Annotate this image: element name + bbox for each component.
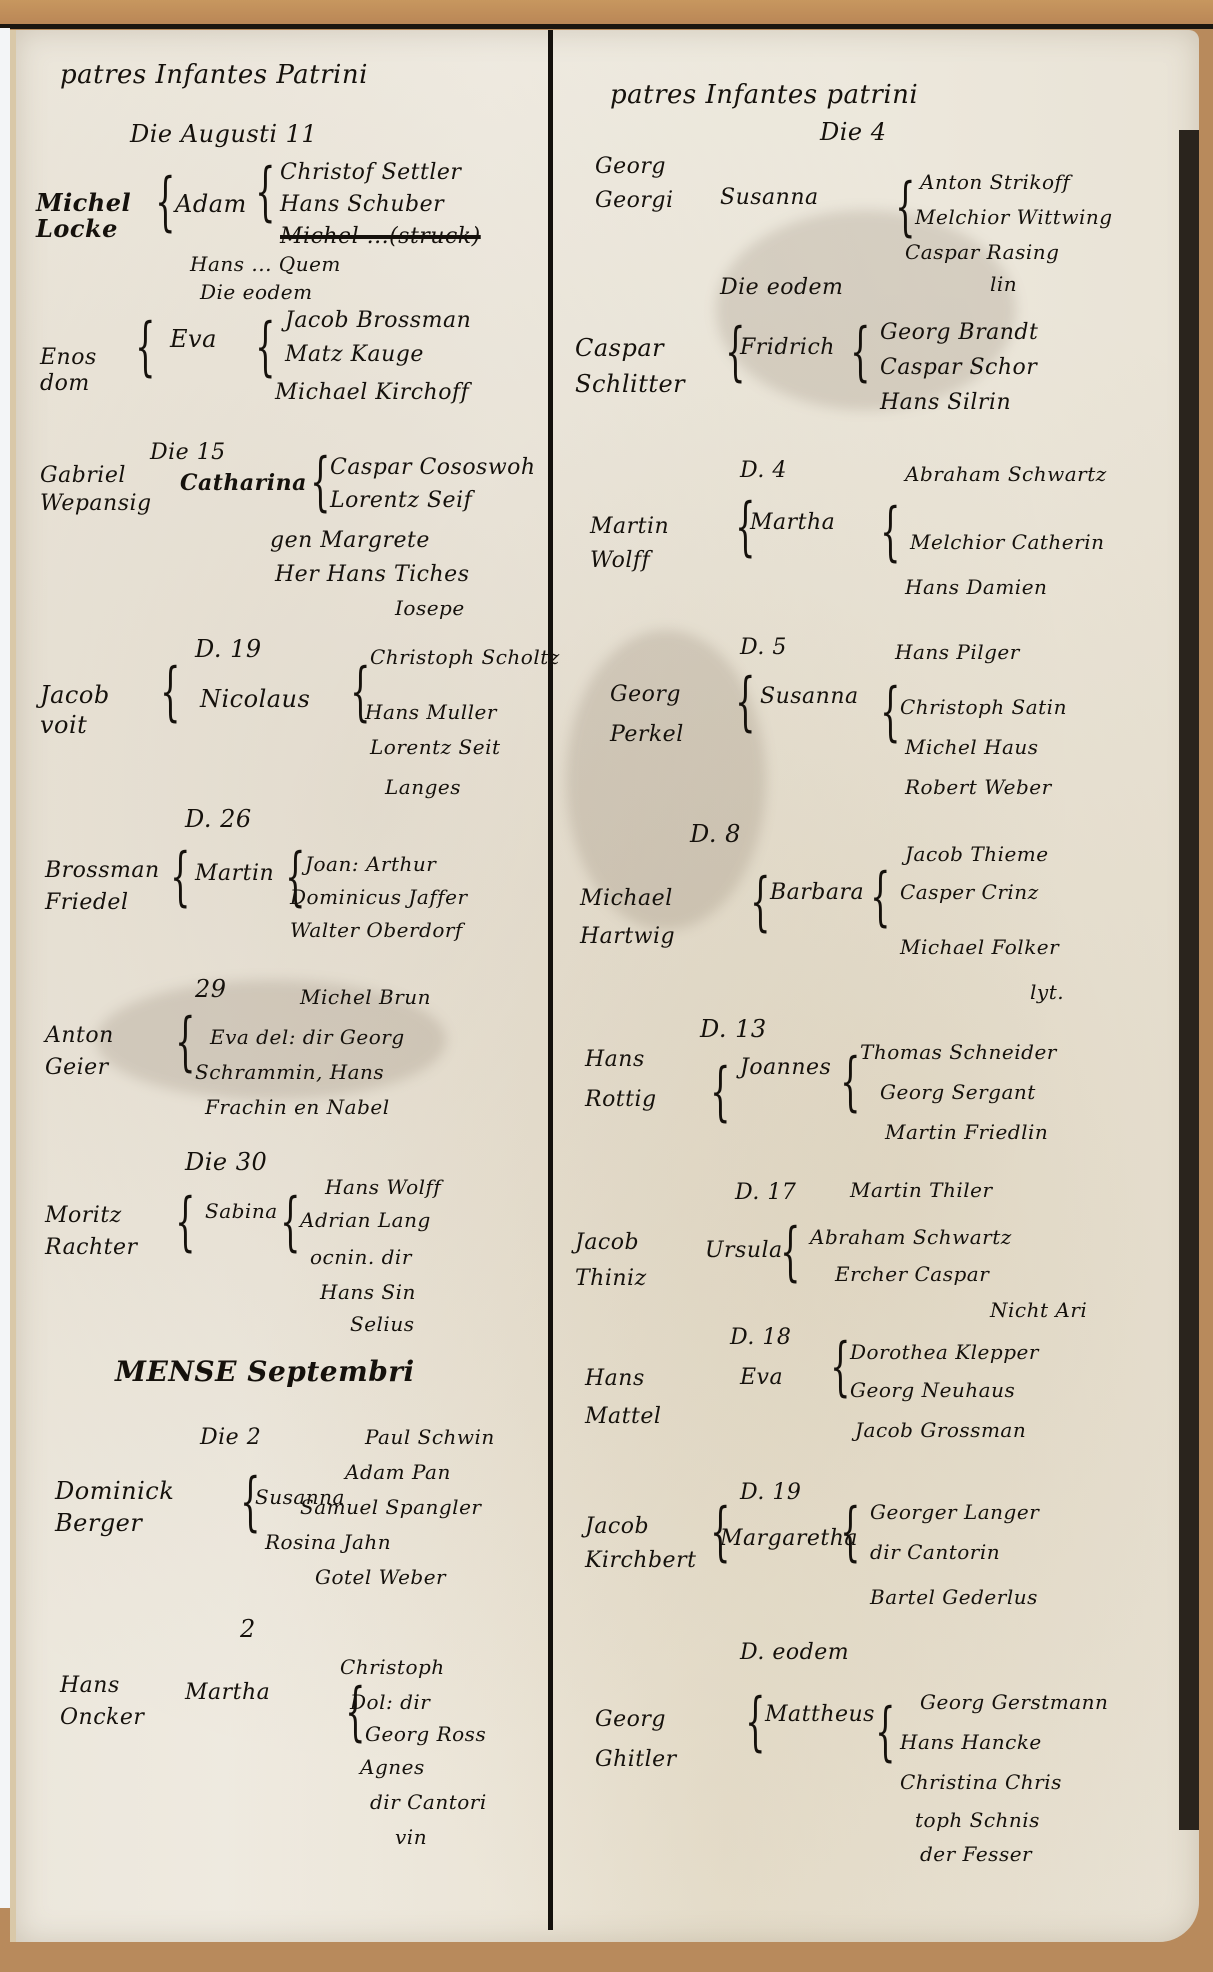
- entry-child: Ursula: [705, 1235, 745, 1267]
- godparent: Caspar Schor: [880, 355, 1037, 380]
- godparent: Thomas Schneider: [860, 1040, 1057, 1064]
- entry-child: Eva: [740, 1365, 783, 1390]
- entry-date: 29: [195, 975, 227, 1003]
- entry-father: Brossman Friedel: [45, 855, 140, 919]
- entry-date: Die eodem: [200, 280, 313, 304]
- godparent: Langes: [385, 775, 461, 799]
- column-header: patres Infantes Patrini: [60, 60, 368, 90]
- manuscript-page: [10, 30, 1199, 1942]
- godparent: Hans Muller: [365, 700, 497, 724]
- godparent: Agnes: [360, 1755, 425, 1779]
- godparent: lyt.: [1030, 980, 1064, 1004]
- brace-icon: {: [160, 660, 180, 724]
- entry-date: D. 13: [700, 1015, 767, 1043]
- godparent: Robert Weber: [905, 775, 1052, 799]
- godparent: Georg Sergant: [880, 1080, 1036, 1104]
- godparent: Michel Brun: [300, 985, 431, 1009]
- entry-date: 2: [240, 1615, 256, 1643]
- entry-father: Georg Ghitler: [595, 1700, 675, 1780]
- entry-child: Susanna: [720, 185, 819, 210]
- entry-child: Catharina: [180, 470, 307, 496]
- brace-icon: {: [745, 1690, 765, 1754]
- entry-date: D. 17: [735, 1180, 796, 1205]
- godparent: Dorothea Klepper: [850, 1340, 1039, 1364]
- entry-father: Dominick Berger: [55, 1475, 165, 1539]
- godparent: Georg Ross: [365, 1722, 486, 1746]
- entry-date: D. 19: [740, 1480, 801, 1505]
- entry-date: Die 2: [200, 1425, 261, 1450]
- brace-icon: {: [735, 670, 755, 734]
- godparent: Hans Damien: [905, 575, 1047, 599]
- entry-child: Margaretha: [720, 1525, 790, 1553]
- scan-margin: [0, 28, 10, 1908]
- entry-child: Fridrich: [740, 335, 835, 360]
- godparent: Hans Hancke: [900, 1730, 1042, 1754]
- godparent: Melchior Catherin: [910, 530, 1104, 554]
- brace-icon: {: [880, 500, 900, 564]
- entry-date: D. 19: [195, 635, 262, 663]
- brace-icon: {: [170, 845, 190, 909]
- brace-icon: {: [780, 1220, 800, 1284]
- godparent: Schrammin, Hans: [195, 1060, 384, 1084]
- entry-child: Joannes: [740, 1055, 831, 1080]
- godparent: Lorentz Seit: [370, 735, 501, 759]
- godparent: lin: [990, 272, 1017, 296]
- godparent: Adrian Lang: [300, 1208, 431, 1232]
- entry-father: Hans Mattel: [585, 1360, 665, 1436]
- godparent: Casper Crinz: [900, 880, 1039, 904]
- godparent: Rosina Jahn: [265, 1530, 391, 1554]
- godparent: Ercher Caspar: [835, 1262, 989, 1286]
- godparent: Michael Kirchoff: [275, 380, 469, 405]
- brace-icon: {: [840, 1500, 860, 1564]
- brace-icon: {: [895, 175, 915, 239]
- godparent: Jacob Grossman: [855, 1418, 1026, 1442]
- entry-date: D. eodem: [740, 1640, 849, 1665]
- entry-father: Michael Hartwig: [580, 880, 680, 956]
- godparent: dir Cantori: [370, 1790, 487, 1814]
- entry-father: Caspar Schlitter: [575, 330, 675, 402]
- godparent: Martin Thiler: [850, 1178, 993, 1202]
- brace-icon: {: [880, 680, 900, 744]
- godparent: vin: [395, 1825, 427, 1849]
- godparent: Georg Neuhaus: [850, 1378, 1015, 1402]
- entry-father: Hans Oncker: [60, 1670, 130, 1734]
- entry-father: Michel Locke: [36, 190, 116, 242]
- brace-icon: {: [840, 1050, 860, 1114]
- godparent: Caspar Rasing: [905, 240, 1059, 264]
- godparent: Samuel Spangler: [300, 1495, 481, 1519]
- brace-icon: {: [710, 1060, 730, 1124]
- godparent: Bartel Gederlus: [870, 1585, 1038, 1609]
- brace-icon: {: [750, 870, 770, 934]
- godparent: Caspar Cososwoh: [330, 455, 536, 480]
- entry-child: Mattheus: [765, 1700, 825, 1730]
- godparent: toph Schnis: [915, 1808, 1040, 1832]
- godparent: Joan: Arthur: [305, 852, 436, 876]
- godparent: Dominicus Jaffer: [290, 885, 468, 909]
- entry-father: Jacob voit: [40, 680, 130, 740]
- godparent: Dol: dir: [350, 1690, 430, 1714]
- entry-child: Sabina: [205, 1200, 250, 1222]
- godparent: Iosepe: [395, 596, 465, 620]
- godparent: Gotel Weber: [315, 1565, 446, 1589]
- godparent: Lorentz Seif: [330, 488, 472, 513]
- entry-date: D. 26: [185, 805, 252, 833]
- brace-icon: {: [280, 1190, 300, 1254]
- brace-icon: {: [175, 1190, 195, 1254]
- entry-child: Martin: [195, 860, 245, 888]
- entry-date: D. 5: [740, 635, 787, 660]
- godparent: Frachin en Nabel: [205, 1095, 390, 1119]
- brace-icon: {: [255, 160, 275, 224]
- godparent: Hans Schuber: [280, 192, 444, 217]
- entry-child: Eva: [170, 325, 217, 353]
- godparent: Anton Strikoff: [920, 170, 1070, 194]
- entry-child: Nicolaus: [200, 685, 310, 713]
- godparent: Adam Pan: [345, 1460, 451, 1484]
- godparent: Georger Langer: [870, 1500, 1039, 1524]
- godparent: Selius: [350, 1312, 414, 1336]
- entry-date: Die Augusti 11: [130, 120, 317, 148]
- entry-father: Moritz Rachter: [45, 1200, 135, 1264]
- godparent: Hans Silrin: [880, 390, 1011, 415]
- entry-child: Martha: [185, 1680, 270, 1705]
- binding-shadow: [1179, 130, 1199, 1830]
- godparent-struck: Michel ...(struck): [280, 224, 481, 249]
- brace-icon: {: [175, 1010, 195, 1074]
- entry-date: Die 15: [150, 440, 226, 465]
- entry-date: D. 4: [740, 458, 787, 483]
- godparent: Paul Schwin: [365, 1425, 495, 1449]
- godparent: Jacob Brossman: [285, 308, 471, 333]
- entry-father: Enos dom: [40, 345, 110, 397]
- godparent: Abraham Schwartz: [905, 462, 1107, 486]
- godparent: der Fesser: [920, 1842, 1032, 1866]
- godparent: Michel Haus: [905, 735, 1039, 759]
- godparent: Hans ... Quem: [190, 252, 341, 276]
- entry-father: Jacob Kirchbert: [585, 1510, 665, 1578]
- brace-icon: {: [255, 315, 275, 379]
- entry-father: Anton Geier: [45, 1020, 135, 1084]
- godparent: Christof Settler: [280, 160, 461, 185]
- entry-child: Susanna: [760, 680, 810, 714]
- godparent: Melchior Wittwing: [915, 205, 1113, 229]
- godparent: Hans Pilger: [895, 640, 1020, 664]
- godparent: Christoph Satin: [900, 695, 1067, 719]
- godparent: Eva del: dir Georg: [210, 1025, 405, 1049]
- godparent: Georg Gerstmann: [920, 1690, 1108, 1714]
- entry-child: Martha: [750, 510, 835, 535]
- godparent: Matz Kauge: [285, 342, 424, 367]
- entry-father: Georg Perkel: [610, 675, 680, 755]
- godparent: Christoph: [340, 1655, 445, 1679]
- entry-date: Die 30: [185, 1148, 267, 1176]
- brace-icon: {: [830, 1335, 850, 1399]
- entry-father: Jacob Thiniz: [575, 1225, 655, 1297]
- godparent: Martin Friedlin: [885, 1120, 1048, 1144]
- brace-icon: {: [875, 1700, 895, 1764]
- godparent: gen Margrete: [270, 528, 430, 553]
- brace-icon: {: [870, 865, 890, 929]
- godparent: Walter Oberdorf: [290, 918, 463, 942]
- entry-father: Hans Rottig: [585, 1040, 665, 1120]
- godparent: Abraham Schwartz: [810, 1225, 1012, 1249]
- entry-father: Georg Georgi: [595, 150, 685, 218]
- godparent: Jacob Thieme: [905, 842, 1049, 866]
- entry-date: D. 18: [730, 1325, 791, 1350]
- brace-icon: {: [310, 450, 330, 514]
- godparent: Nicht Ari: [990, 1298, 1087, 1322]
- brace-icon: {: [155, 170, 175, 234]
- godparent: Hans Wolff: [325, 1175, 441, 1199]
- frame-edge: [0, 24, 1213, 29]
- entry-date: D. 8: [690, 820, 741, 848]
- godparent: Christoph Scholtz: [370, 645, 560, 669]
- brace-icon: {: [135, 315, 155, 379]
- godparent: dir Cantorin: [870, 1540, 1000, 1564]
- godparent: Michael Folker: [900, 935, 1059, 959]
- godparent: Georg Brandt: [880, 320, 1038, 345]
- godparent: Hans Sin: [320, 1280, 416, 1304]
- godparent: Christina Chris: [900, 1770, 1062, 1794]
- month-heading: MENSE Septembri: [115, 1355, 415, 1388]
- entry-date: Die eodem: [720, 275, 843, 300]
- entry-date: Die 4: [820, 118, 887, 146]
- entry-child: Barbara: [770, 880, 810, 906]
- godparent: ocnin. dir: [310, 1245, 412, 1269]
- column-divider: [548, 30, 553, 1930]
- column-header: patres Infantes patrini: [610, 80, 918, 110]
- entry-father: Gabriel Wepansig: [40, 462, 150, 518]
- brace-icon: {: [850, 320, 870, 384]
- entry-child: Adam: [175, 190, 247, 218]
- entry-father: Martin Wolff: [590, 510, 670, 578]
- godparent: Her Hans Tiches: [275, 562, 469, 587]
